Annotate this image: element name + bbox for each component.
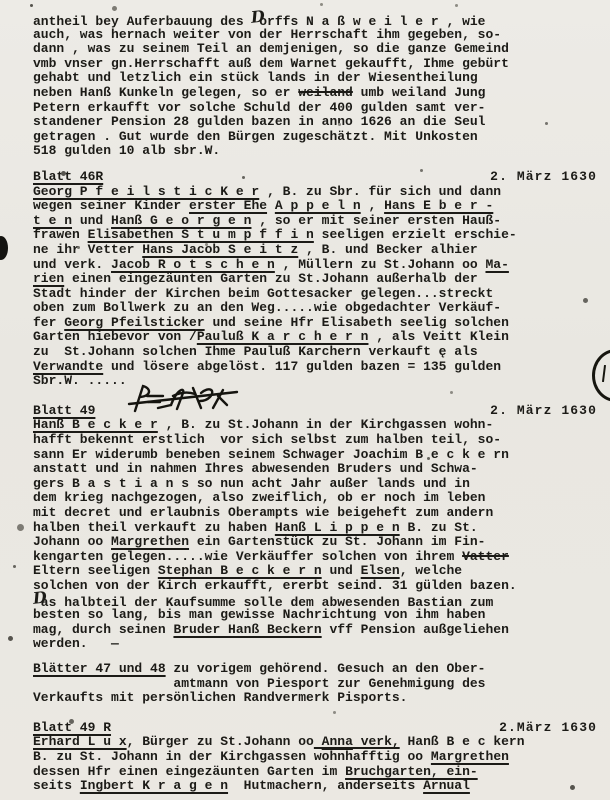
text-line: antheil bey Auferbauung des Dorffs N a ß… xyxy=(33,13,602,28)
text-line: t e n und Hanß G e o r g e n , so er mit… xyxy=(33,214,602,229)
text-line: seits Ingbert K r a g e n Hutmachern, an… xyxy=(33,779,602,794)
scanned-document-page: antheil bey Auferbauung des Dorffs N a ß… xyxy=(0,0,610,800)
text-line: rien einen eingezäunten Garten zu St.Joh… xyxy=(33,272,602,287)
text-line: oben zum Bollwerk zu an den Weg.....wie … xyxy=(33,301,602,316)
entry-blatt-49: Hanß B e c k e r , B. zu St.Johann in de… xyxy=(33,418,602,652)
text-line: Johann oo Margrethen ein Gartenstück zu … xyxy=(33,535,602,550)
text-line: Sbr.W. ..... xyxy=(33,374,602,389)
text-line: Georg P f e i l s t i c K e r , B. zu Sb… xyxy=(33,185,602,200)
text-line: Eltern seeligen Stephan B e c k e r n un… xyxy=(33,564,602,579)
text-line: halben theil verkauft zu haben Hanß L i … xyxy=(33,521,602,536)
entry-blatt-46r: Georg P f e i l s t i c K e r , B. zu Sb… xyxy=(33,185,602,389)
text-line: dem krieg nachgezogen, also zweiflich, o… xyxy=(33,491,602,506)
text-line: getragen . Gut wurde den Bürgen zugeschä… xyxy=(33,130,602,145)
text-line: vmb vnser gn.Herrschafft auß dem Warnet … xyxy=(33,57,602,72)
entry-date: 2. März 1630 xyxy=(490,404,597,419)
section-header-blatt-49: Blatt 492. März 1630 xyxy=(33,404,602,419)
text-line: B. zu St. Johann in der Kirchgassen wohn… xyxy=(33,750,602,765)
text-line: Erhard L u x, Bürger zu St.Johann oo Ann… xyxy=(33,735,602,750)
text-line: dessen Hfr einen eingezäunten Garten im … xyxy=(33,765,602,780)
text-line: Hanß B e c k e r , B. zu St.Johann in de… xyxy=(33,418,602,433)
entry-blatt-49r: Erhard L u x, Bürger zu St.Johann oo Ann… xyxy=(33,735,602,793)
handwritten-scribble-crossed-out xyxy=(125,379,243,421)
entry-date: 2.März 1630 xyxy=(499,721,597,736)
text-line: amtmann von Piesport zur Genehmigung des xyxy=(33,677,602,692)
section-title-line: Blatt 49 R2.März 1630 xyxy=(33,721,602,736)
entry-blaetter-47-48: Blätter 47 und 48 zu vorigem gehörend. G… xyxy=(33,662,602,706)
text-line: Blätter 47 und 48 zu vorigem gehörend. G… xyxy=(33,662,602,677)
text-line: standener Pension 28 gulden bazen in ann… xyxy=(33,115,602,130)
text-line: frawen Elisabethen S t u m p f f i n see… xyxy=(33,228,602,243)
scan-noise-specks xyxy=(0,0,3,3)
text-line: mag, durch seinen Bruder Hanß Beckern vf… xyxy=(33,623,602,638)
section-header-blatt-46r: Blatt 46R2. März 1630 xyxy=(33,170,602,185)
section-header-blatt-49r: Blatt 49 R2.März 1630 xyxy=(33,721,602,736)
text-line: Stadt hinder der Kirchen beim Gottesacke… xyxy=(33,287,602,302)
text-line: ne ihr Vetter Hans Jacob S e i t z , B. … xyxy=(33,243,602,258)
text-line: mit decret und erlaubnis Oberampts wie b… xyxy=(33,506,602,521)
text-line: auch, was hernach weiter von der Herrsch… xyxy=(33,28,602,43)
document-body: antheil bey Auferbauung des Dorffs N a ß… xyxy=(33,13,602,794)
text-line: kengarten gelegen.....wie Verkäuffer sol… xyxy=(33,550,602,565)
text-line: werden. — xyxy=(33,637,602,652)
entry-date: 2. März 1630 xyxy=(490,170,597,185)
text-line: Garten hiebevor von /Pauluß K a r c h e … xyxy=(33,330,602,345)
text-line: gers B a s t i a n s so nun acht Jahr au… xyxy=(33,477,602,492)
text-line: neben Hanß Kunkeln gelegen, so er weilan… xyxy=(33,86,602,101)
text-line: gehabt und letzlich ein stück lands in d… xyxy=(33,71,602,86)
text-line: Petern erkaufft vor solche Schuld der 40… xyxy=(33,101,602,116)
text-line: dann , was zu seinem Teil an demjenigen,… xyxy=(33,42,602,57)
text-line: Verwandte und lösere abgelöst. 117 gulde… xyxy=(33,360,602,375)
text-line: solchen von der Kirch erkaufft, ererbt s… xyxy=(33,579,602,594)
text-line: Verkaufts mit persönlichen Randvermerk P… xyxy=(33,691,602,706)
text-line: 518 gulden 10 alb sbr.W. xyxy=(33,144,602,159)
text-line: hafft bekennt erstlich vor sich selbst z… xyxy=(33,433,602,448)
annotation-tick xyxy=(602,365,606,382)
text-line: zu St.Johann solchen Ihme Pauluß Karcher… xyxy=(33,345,602,360)
text-line: sann Er widerumb beneben seinem Schwager… xyxy=(33,448,602,463)
section-title-line: Blatt 492. März 1630 xyxy=(33,404,602,419)
text-line: anstatt und in nahmen Ihres abwesenden B… xyxy=(33,462,602,477)
text-line: und verk. Jacob R o t s c h e n , Müller… xyxy=(33,258,602,273)
text-line: besten so lang, bis man gewisse Nachrich… xyxy=(33,608,602,623)
text-line: fer Georg Pfeilsticker und seine Hfr Eli… xyxy=(33,316,602,331)
text-line: wegen seiner Kinder erster Ehe A p p e l… xyxy=(33,199,602,214)
section-title-line: Blatt 46R2. März 1630 xyxy=(33,170,602,185)
text-line: Das halbteil der Kaufsumme solle dem abw… xyxy=(33,594,602,609)
ink-blot-left-margin xyxy=(0,236,8,260)
intro-paragraph: antheil bey Auferbauung des Dorffs N a ß… xyxy=(33,13,602,159)
